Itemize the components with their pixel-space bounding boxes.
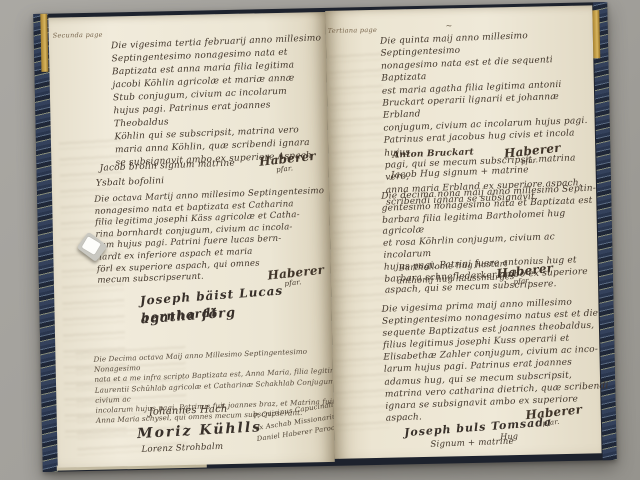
- right-page: Tertiana page ~ Die quinta maij anno mil…: [325, 5, 601, 458]
- page-corner-label: Secunda page: [53, 31, 103, 41]
- register-book: Secunda page Die vigesima tertia februar…: [33, 2, 616, 472]
- gilt-edge-top-right: [592, 10, 600, 58]
- baptism-entry-text: Die quinta maij anno millesimo Septingen…: [380, 28, 599, 210]
- priest-signature: Haberer pfar.: [495, 250, 556, 300]
- page-clip-face: [81, 236, 101, 255]
- witness-signature: Johannes Hach: [148, 403, 227, 421]
- ink-bleed-through: [328, 50, 390, 431]
- gilt-edge-top-left: [40, 14, 48, 72]
- page-corner-label: Tertiana page: [328, 26, 378, 36]
- priest-signature: Haberer pfar.: [257, 138, 318, 188]
- ink-mark: ~: [445, 20, 452, 32]
- witness-signature: Signum + matrine: [430, 436, 514, 452]
- witness-signature: Lorenz Strohbalm: [141, 441, 223, 457]
- witness-signature: Ysbalt bofolini: [96, 175, 165, 191]
- photo-of-baptismal-register: { "colors": { "background": "#a3a19c", "…: [0, 0, 640, 480]
